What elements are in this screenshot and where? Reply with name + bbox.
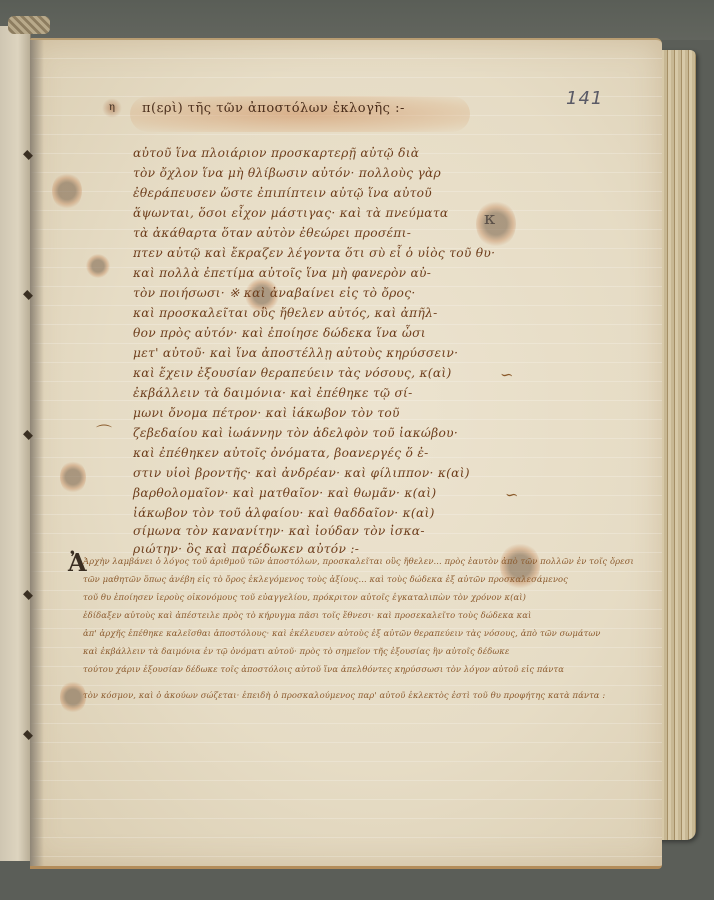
text-line: ἐθεράπευσεν ὥστε ἐπιπίπτειν αὐτῷ ἵνα αὐτ… [133,186,432,200]
text-line: ἅψωνται, ὅσοι εἶχον μάστιγας· καὶ τὰ πνε… [133,206,448,220]
marginal-flourish: ∽ [500,365,513,384]
ink-stain [60,460,86,494]
stitch-mark [22,290,36,300]
gutter-shadow [30,40,44,866]
text-line: καὶ πολλὰ ἐπετίμα αὐτοῖς ἵνα μὴ φανερὸν … [133,266,431,280]
commentary-line: ἀπ' ἀρχῆς ἐπέθηκε καλεῖσθαι ἀποστόλους· … [83,628,600,638]
folio-number: 141 [566,88,603,109]
commentary-line: τὸν κόσμον, καὶ ὁ ἀκούων σώζεται· ἐπειδὴ… [83,690,605,700]
text-line: καὶ ἔχειν ἐξουσίαν θεραπεύειν τὰς νόσους… [133,366,452,380]
stitch-mark [22,150,36,160]
commentary-line: τούτου χάριν ἐξουσίαν δέδωκε τοῖς ἀποστό… [83,664,564,674]
text-line: πτεν αὐτῷ καὶ ἔκραζεν λέγοντα ὅτι σὺ εἶ … [133,246,495,260]
text-line: ζεβεδαίου καὶ ἰωάννην τὸν ἀδελφὸν τοῦ ἰα… [133,426,458,440]
text-line: τὸν ὄχλον ἵνα μὴ θλίβωσιν αὐτόν· πολλοὺς… [133,166,441,180]
text-line: ριώτην· ὃς καὶ παρέδωκεν αὐτόν :- [133,542,359,556]
binding-thread [8,16,50,34]
marginal-mark: κ [484,208,495,229]
text-line: θον πρὸς αὐτόν· καὶ ἐποίησε δώδεκα ἵνα ὦ… [133,326,426,340]
commentary-line: ἐδίδαξεν αὐτοὺς καὶ ἀπέστειλε πρὸς τὸ κή… [83,610,531,620]
commentary-line: Ἀρχὴν λαμβάνει ὁ λόγος τοῦ ἀριθμοῦ τῶν ἀ… [83,556,634,566]
chapter-heading: π(ερὶ) τῆς τῶν ἀποστόλων ἐκλογῆς :- [142,101,405,116]
stitch-mark [22,590,36,600]
commentary-line: καὶ ἐκβάλλειν τὰ δαιμόνια ἐν τῷ ὀνόματι … [83,646,510,656]
stitch-mark [22,430,36,440]
text-line: βαρθολομαῖον· καὶ ματθαῖον· καὶ θωμᾶν· κ… [133,486,436,500]
text-line: ἐκβάλλειν τὰ δαιμόνια· καὶ ἐπέθηκε τῷ σί… [133,386,413,400]
text-line: μετ' αὐτοῦ· καὶ ἵνα ἀποστέλλῃ αὐτοὺς κηρ… [133,346,458,360]
text-line: καὶ ἐπέθηκεν αὐτοῖς ὀνόματα, βοανεργές ὅ… [133,446,429,460]
text-line: μωνι ὄνομα πέτρον· καὶ ἰάκωβον τὸν τοῦ [133,406,400,420]
ink-stain [52,172,82,210]
ink-stain [86,254,110,278]
marginal-flourish: ∽ [505,485,518,504]
marginal-flourish: ⌒ [96,420,112,443]
text-line: τὰ ἀκάθαρτα ὅταν αὐτὸν ἐθεώρει προσέπι- [133,226,411,240]
photo-background [0,0,714,40]
text-line: ἰάκωβον τὸν τοῦ ἁλφαίου· καὶ θαδδαῖον· κ… [133,506,435,520]
commentary-line: τῶν μαθητῶν ὅπως ἀνέβη εἰς τὸ ὄρος ἐκλεγ… [83,574,568,584]
text-line: τὸν ποιήσωσι· ※ καὶ ἀναβαίνει εἰς τὸ ὄρο… [133,286,416,300]
stitch-mark [22,730,36,740]
text-line: καὶ προσκαλεῖται οὓς ἤθελεν αὐτός, καὶ ἀ… [133,306,438,320]
text-line: στιν υἱοὶ βροντῆς· καὶ ἀνδρέαν· καὶ φίλι… [133,466,470,480]
text-line: αὐτοῦ ἵνα πλοιάριον προσκαρτερῇ αὐτῷ διὰ [133,146,419,160]
text-line: σίμωνα τὸν κανανίτην· καὶ ἰούδαν τὸν ἰσκ… [133,524,425,538]
commentary-line: τοῦ θυ ἐποίησεν ἱεροὺς οἰκονόμους τοῦ εὐ… [83,592,526,602]
chapter-number: η [102,98,122,118]
ink-stain [476,200,516,248]
